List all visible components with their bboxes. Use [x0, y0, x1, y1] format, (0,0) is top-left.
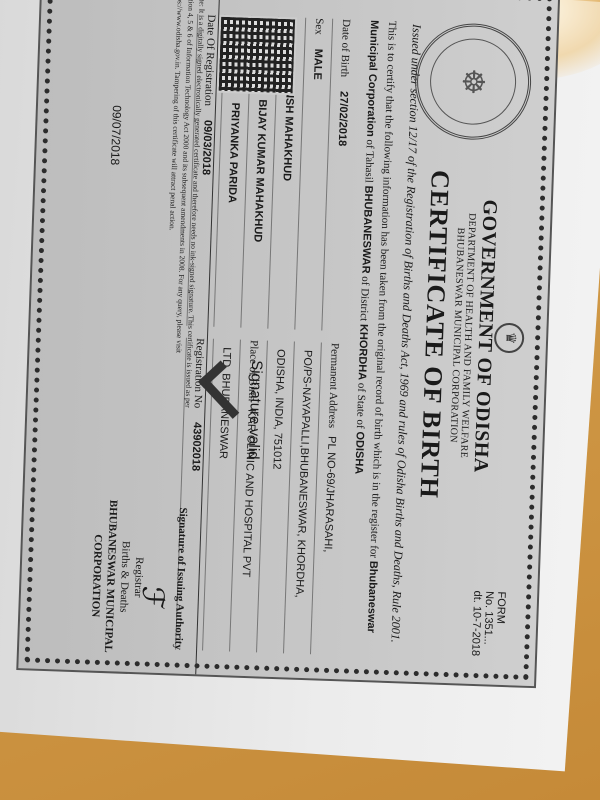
- qr-code: [217, 15, 298, 96]
- district-label: of District: [358, 276, 372, 321]
- district-value: KHORDHA: [356, 324, 370, 381]
- field-value: MALE: [311, 48, 324, 80]
- tahasil-value: BHUBANESWAR: [359, 185, 374, 273]
- field-label: Sex: [313, 18, 326, 35]
- field-value: 27/02/2018: [336, 91, 350, 146]
- tahasil-label: of Tahasil: [362, 139, 376, 183]
- field-value: ODISHA, INDIA, 751012: [270, 349, 286, 470]
- issuing-org: BHUBANESWAR MUNICIPAL CORPORATION: [87, 491, 121, 662]
- field-label: Date of Birth: [338, 19, 352, 77]
- signature-valid-label: Signature valid: [245, 360, 265, 460]
- field-label: Permanent Address: [326, 343, 341, 429]
- issuing-authority: Signature of Issuing Authority ℱ Registr…: [87, 491, 191, 664]
- field-value: PRIYANKA PARIDA: [226, 102, 241, 203]
- certificate-sheet: ☸ FORM No. 1351... dt. 10-7-2018 ♛ GOVER…: [16, 0, 560, 688]
- field-value: PO/PS-NAYAPALLI,BHUBANESWAR, KHORDHA,: [293, 350, 314, 598]
- state-emblem-icon: ♛: [494, 323, 525, 354]
- state-label: of State of: [354, 383, 368, 429]
- birth-certificate: ☸ FORM No. 1351... dt. 10-7-2018 ♛ GOVER…: [16, 0, 560, 688]
- certificate-header: ♛ GOVERNMENT OF ODISHA DEPARTMENT OF HEA…: [408, 10, 530, 661]
- field-value: PL NO-69/JHARASAHI,: [322, 436, 338, 553]
- state-value: ODISHA: [352, 431, 365, 474]
- issue-date: 09/07/2018: [108, 105, 124, 166]
- field-value: BIJAY KUMAR MAHAKHUD: [251, 99, 268, 242]
